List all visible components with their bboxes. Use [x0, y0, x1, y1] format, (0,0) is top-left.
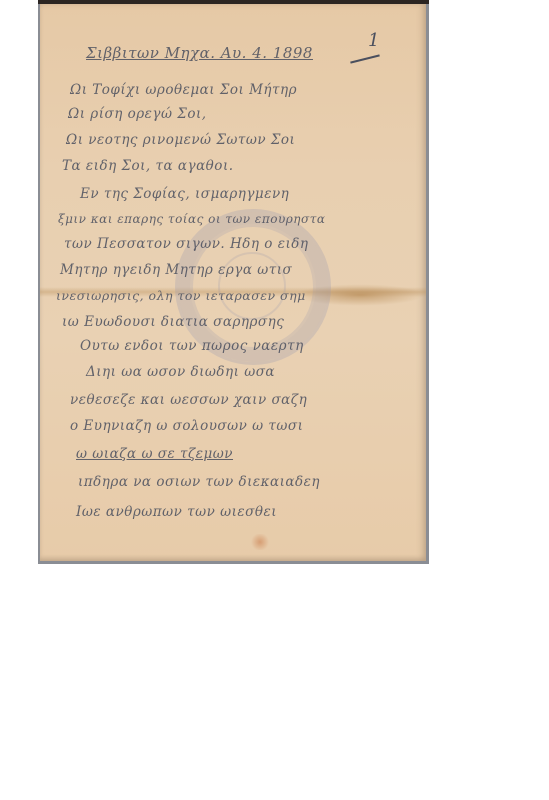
letter-line: των Πεσσατον σιγων. Ηδη ο ειδη [64, 236, 308, 252]
letter-line: νεθεσεζε και ωεσσων χαιν σαζη [70, 392, 307, 408]
page-number: 1 [368, 30, 379, 51]
letter-line: ιω Ευωδουσι διατια σαρηρσης [62, 314, 284, 330]
letter-line: Ωι Τοφίχι ωροθεμαι Σοι Μήτηρ [70, 82, 297, 98]
letter-line: Μητηρ ηγειδη Μητηρ εργα ωτισ [60, 262, 292, 278]
letter-line: ω ωιαζα ω σε τζεμων [76, 446, 233, 462]
letter-line: Ωι ρίση ορεγώ Σοι, [68, 106, 207, 122]
letter-line: ο Ευηνιαζη ω σολουσων ω τωσι [70, 418, 303, 434]
letter-heading: Σιββιτων Μηχα. Αυ. 4. 1898 [86, 44, 313, 62]
letter-line: Ιωε ανθρωπων των ωιεσθει [76, 504, 277, 520]
stain-mark-bottom [250, 534, 270, 550]
letter-line: Διηι ωα ωσον διωδηι ωσα [86, 364, 275, 380]
letter-line: ινεσιωρησις, ολη τον ιεταρασεν σημ [56, 288, 306, 303]
letter-line: Ουτω ενδοι των πωρος ναερτη [80, 338, 304, 354]
letter-line: Ωι νεοτης ρινομενώ Σωτων Σοι [66, 132, 295, 148]
page-number-underline [350, 54, 380, 63]
letter-line: ιπδηρα να οσιων των διεκαιαδεη [78, 474, 320, 490]
letter-line: Εν της Σοφίας, ισμαρηγμενη [80, 186, 289, 202]
letter-line: ξμιν και επαρης τοίας οι των επουρηστα [58, 212, 325, 226]
letter-line: Τα ειδη Σοι, τα αγαθοι. [62, 158, 234, 174]
letter-page: Σιββιτων Μηχα. Αυ. 4. 1898 1 Ωι Τοφίχι ω… [40, 4, 426, 561]
